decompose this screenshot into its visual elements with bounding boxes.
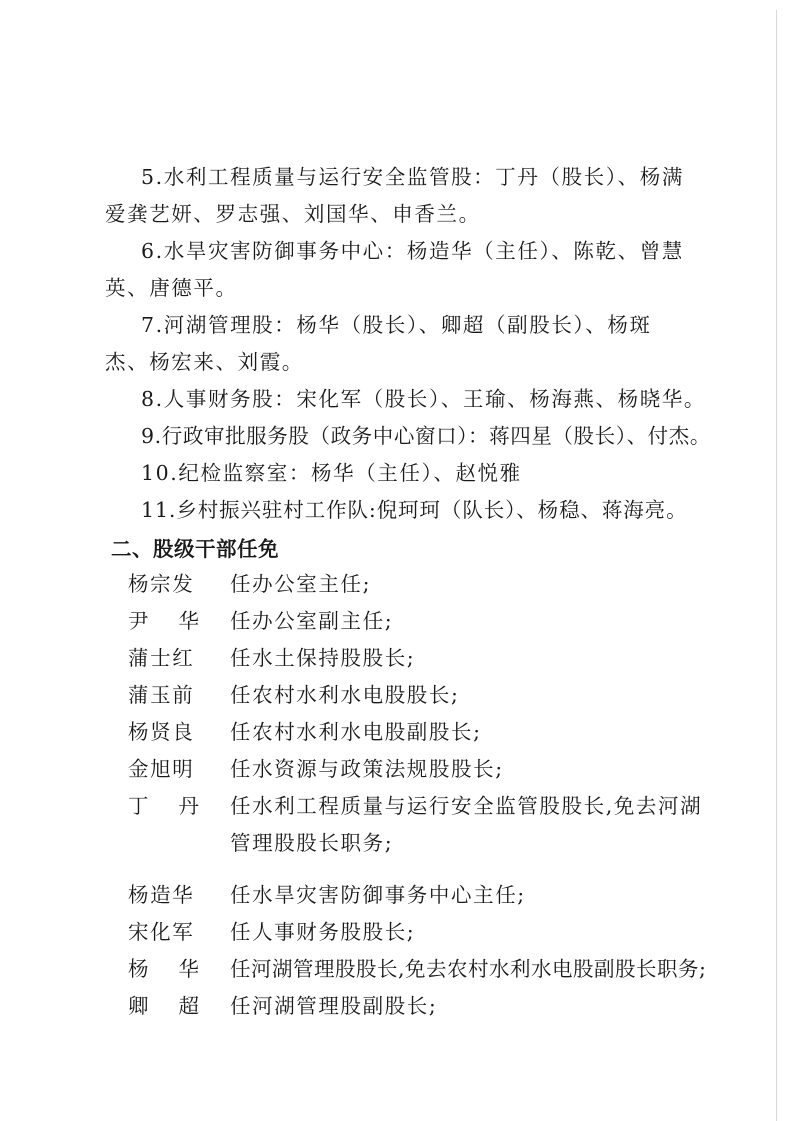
department-item-5: 5.水利工程质量与运行安全监管股：丁丹（股长）、杨满爱龚艺妍、罗志强、刘国华、申… — [105, 159, 687, 233]
appointment-duty: 任办公室副主任; — [230, 603, 710, 640]
appointee-name: 杨宗发 — [128, 566, 208, 603]
item-text: 水旱灾害防御事务中心：杨造华（主任）、陈乾、曾慧英、唐德平。 — [105, 239, 684, 300]
item-number: 10. — [141, 461, 178, 485]
appointment-duty: 任水利工程质量与运行安全监管股股长,免去河湖管理股股长职务; — [230, 788, 710, 862]
appointee-name: 金旭明 — [128, 751, 208, 788]
appointee-name: 卿超 — [128, 988, 208, 1025]
appointment-duty: 任水土保持股股长; — [230, 640, 710, 677]
item-text: 人事财务股：宋化军（股长）、王瑜、杨海燕、杨晓华。 — [164, 387, 706, 411]
item-number: 7. — [141, 313, 164, 337]
item-number: 5. — [141, 165, 164, 189]
department-item-11: 11.乡村振兴驻村工作队:倪珂珂（队长）、杨稳、蒋海亮。 — [141, 492, 701, 529]
item-text: 河湖管理股：杨华（股长）、卿超（副股长）、杨斑杰、杨宏来、刘霞。 — [105, 313, 652, 374]
department-item-8: 8.人事财务股：宋化军（股长）、王瑜、杨海燕、杨晓华。 — [141, 381, 701, 418]
scan-edge-line — [776, 10, 777, 1121]
department-item-6: 6.水旱灾害防御事务中心：杨造华（主任）、陈乾、曾慧英、唐德平。 — [105, 233, 687, 307]
appointment-duty: 任农村水利水电股副股长; — [230, 714, 710, 751]
appointee-name: 宋化军 — [128, 914, 208, 951]
item-text: 行政审批服务股（政务中心窗口）：蒋四星（股长）、付杰。 — [162, 424, 711, 448]
section-heading: 二、股级干部任免 — [111, 534, 279, 564]
appointee-name: 杨华 — [128, 951, 208, 988]
appointee-name: 杨贤良 — [128, 714, 208, 751]
item-text: 纪检监察室：杨华（主任）、赵悦雅 — [178, 461, 521, 485]
appointee-name: 尹华 — [128, 603, 208, 640]
item-number: 8. — [141, 387, 164, 411]
appointee-name: 蒲士红 — [128, 640, 208, 677]
department-item-9: 9.行政审批服务股（政务中心窗口）：蒋四星（股长）、付杰。 — [141, 418, 701, 455]
item-number: 9. — [141, 424, 162, 448]
item-number: 11. — [141, 498, 176, 522]
appointee-name: 丁丹 — [128, 788, 208, 825]
item-number: 6. — [141, 239, 164, 263]
appointment-duty: 任河湖管理股副股长; — [230, 988, 710, 1025]
appointment-duty: 任河湖管理股股长,免去农村水利水电股副股长职务; — [230, 951, 710, 988]
appointment-duty: 任办公室主任; — [230, 566, 710, 603]
department-item-7: 7.河湖管理股：杨华（股长）、卿超（副股长）、杨斑杰、杨宏来、刘霞。 — [105, 307, 687, 381]
appointment-duty: 任水资源与政策法规股股长; — [230, 751, 710, 788]
appointment-duty: 任人事财务股股长; — [230, 914, 710, 951]
appointee-name: 杨造华 — [128, 877, 208, 914]
appointment-duty: 任水旱灾害防御事务中心主任; — [230, 877, 710, 914]
document-page: 5.水利工程质量与运行安全监管股：丁丹（股长）、杨满爱龚艺妍、罗志强、刘国华、申… — [0, 0, 793, 1121]
appointment-duty: 任农村水利水电股股长; — [230, 677, 710, 714]
item-text: 乡村振兴驻村工作队:倪珂珂（队长）、杨稳、蒋海亮。 — [176, 498, 687, 522]
item-text: 水利工程质量与运行安全监管股：丁丹（股长）、杨满爱龚艺妍、罗志强、刘国华、申香兰… — [105, 165, 684, 226]
appointee-name: 蒲玉前 — [128, 677, 208, 714]
department-item-10: 10.纪检监察室：杨华（主任）、赵悦雅 — [141, 455, 701, 492]
